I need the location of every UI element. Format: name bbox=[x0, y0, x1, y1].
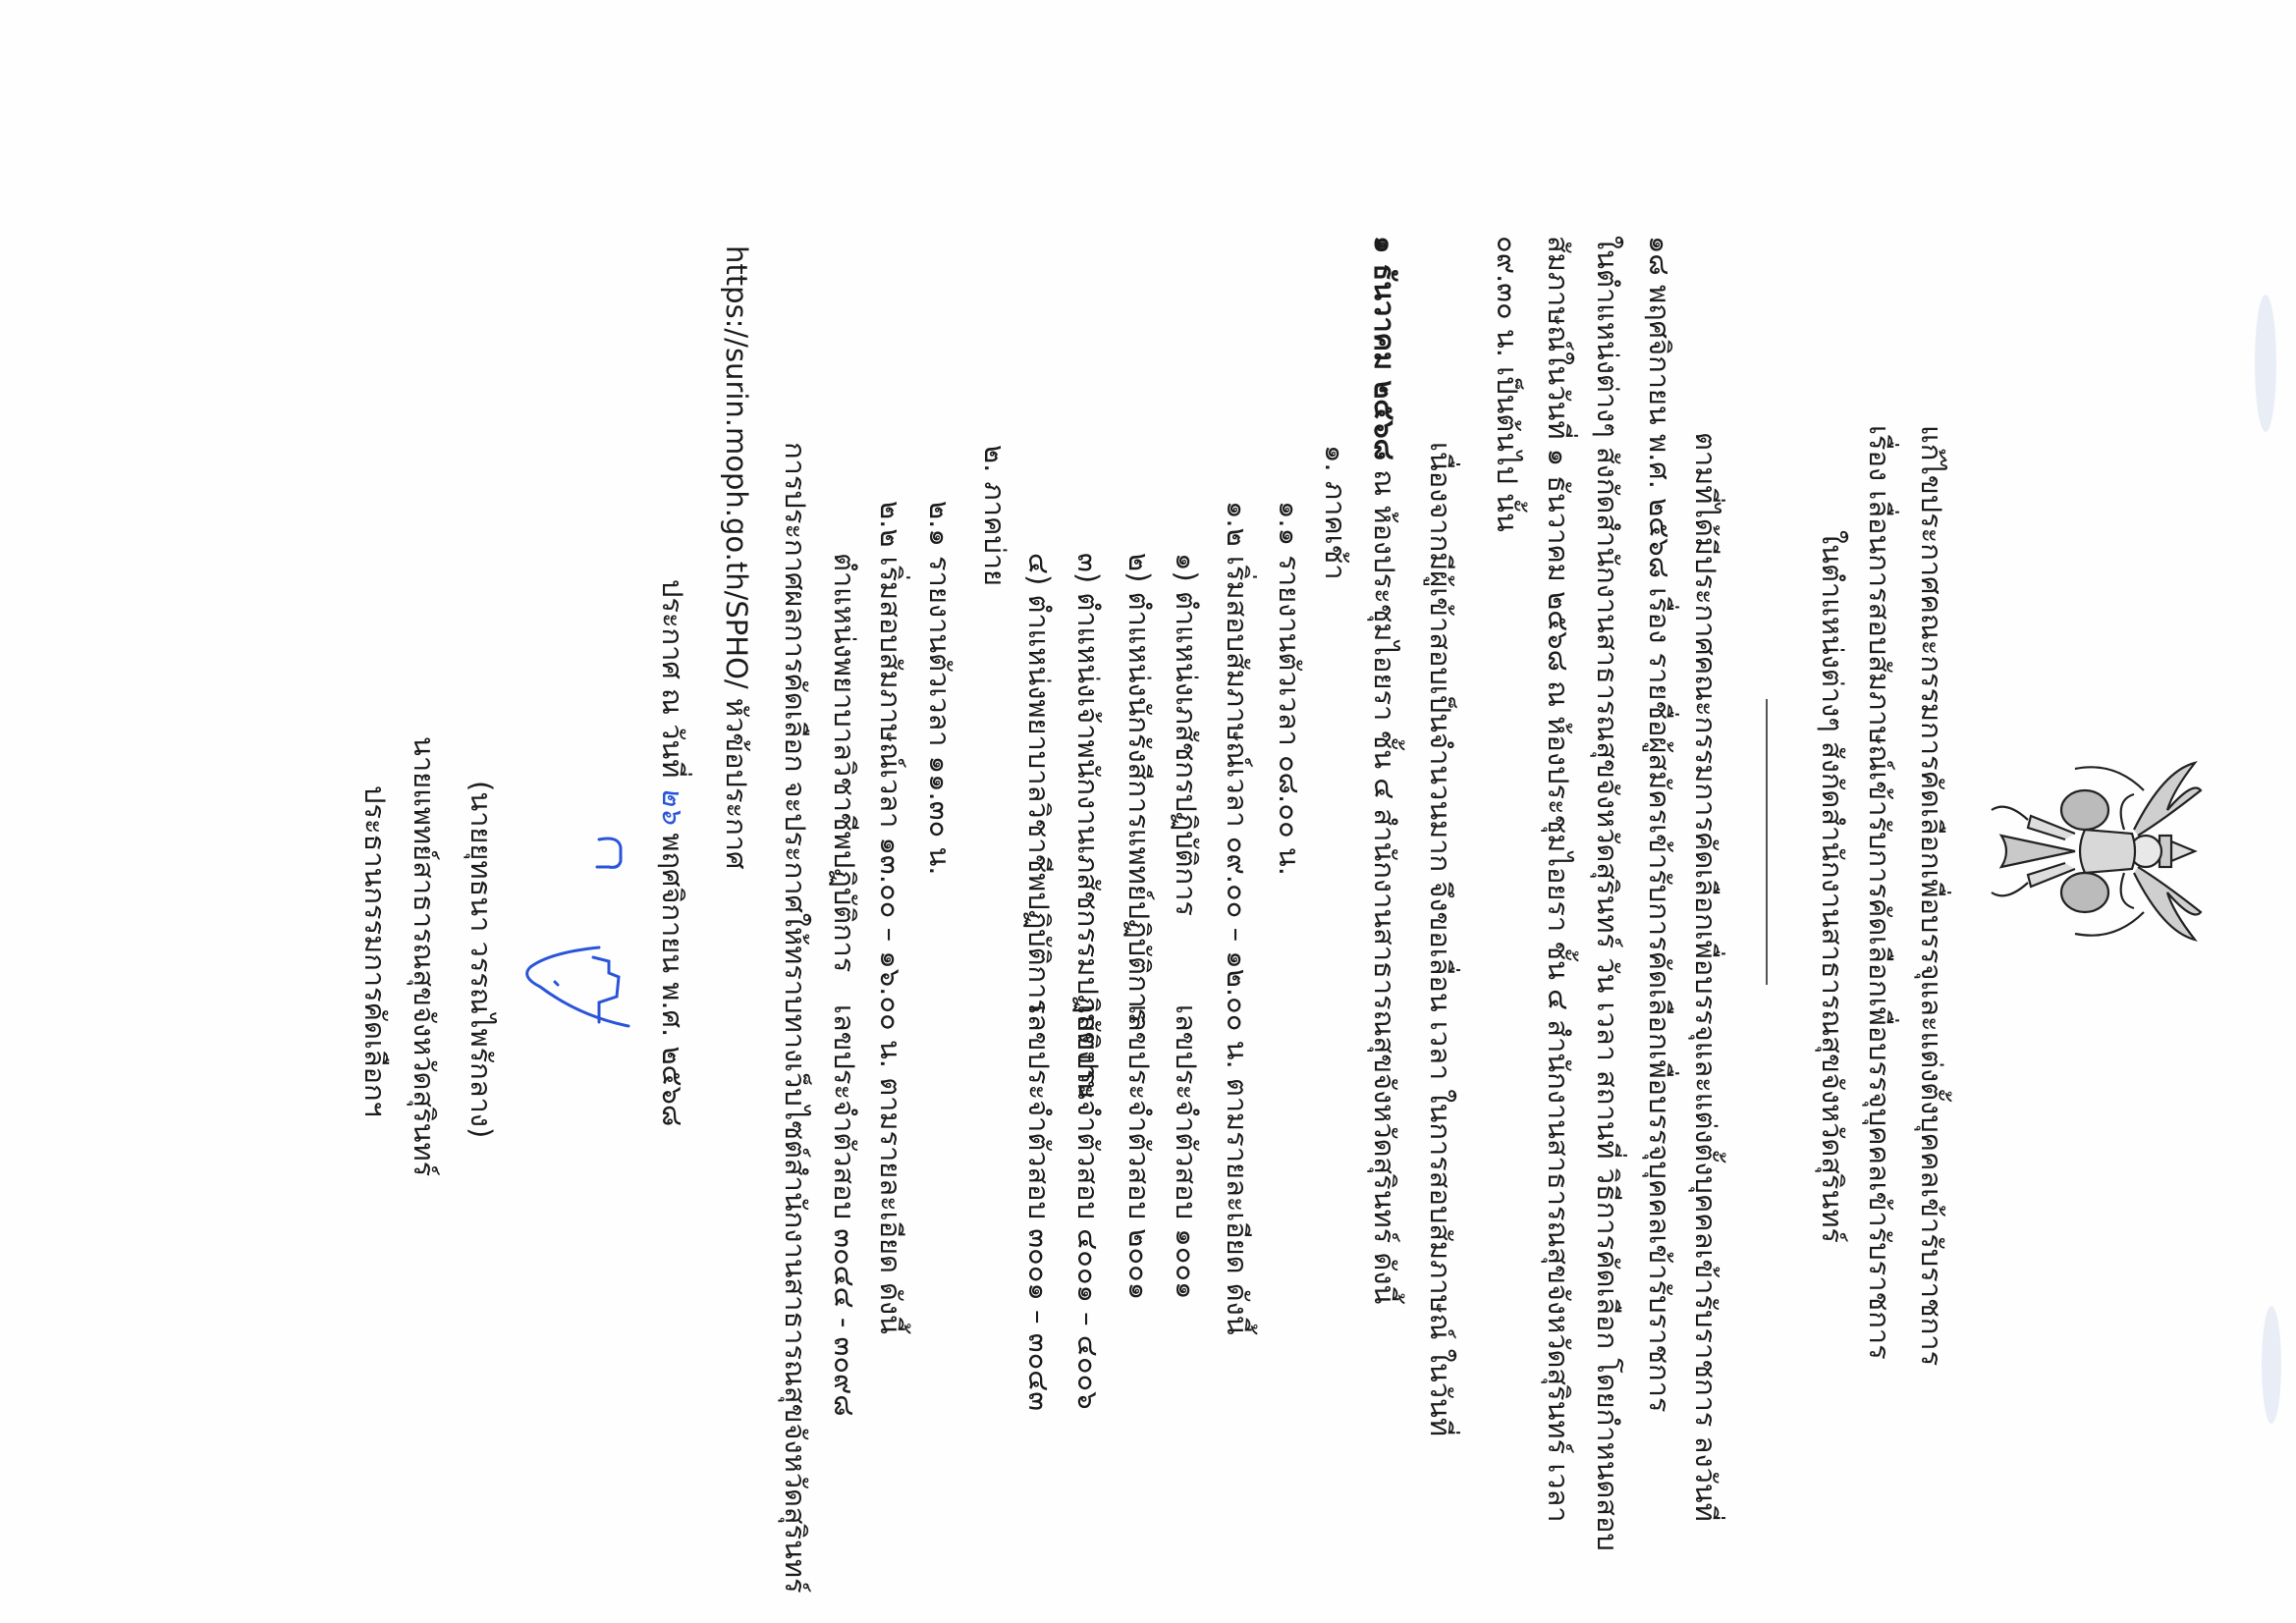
garuda-emblem-icon bbox=[1987, 751, 2203, 952]
morning-heading: ๑. ภาคเช้า bbox=[1319, 445, 1352, 580]
scan-smudge bbox=[2255, 295, 2276, 432]
paragraph1-line: ๑๘ พฤศจิกายน พ.ศ. ๒๕๖๘ เรื่อง รายชื่อผู้… bbox=[1643, 236, 1676, 1412]
announcement-date: ประกาศ ณ วันที่ ๒๖ พฤศจิกายน พ.ศ. ๒๕๖๘ bbox=[656, 579, 689, 1126]
title-line-3: ในตำแหน่งต่างๆ สังกัดสำนักงานสาธารณสุขจั… bbox=[1816, 530, 1849, 1243]
paragraph1-line: ตามที่ได้มีประกาศคณะกรรมการคัดเลือกเพื่อ… bbox=[1689, 432, 1722, 1522]
afternoon-interview-time: ๒.๒ เริ่มสอบสัมภาษณ์เวลา ๑๓.๐๐ – ๑๖.๐๐ น… bbox=[874, 501, 907, 1334]
exam-id-range: เลขประจำตัวสอบ ๔๐๐๑ – ๔๐๐๖ bbox=[1071, 1004, 1105, 1410]
morning-report-time: ๑.๑ รายงานตัวเวลา ๐๘.๐๐ น. bbox=[1273, 501, 1306, 876]
title-divider bbox=[1766, 699, 1768, 985]
title-line-1: แก้ไขประกาศคณะกรรมการคัดเลือกเพื่อบรรจุแ… bbox=[1915, 425, 1948, 1366]
afternoon-heading: ๒. ภาคบ่าย bbox=[978, 445, 1011, 586]
afternoon-report-time: ๒.๑ รายงานตัวเวลา ๑๑.๓๐ น. bbox=[923, 501, 957, 876]
position-label: ตำแหน่งพยาบาลวิชาชีพปฏิบัติการ bbox=[828, 553, 861, 972]
position-label: ๔) ตำแหน่งพยาบาลวิชาชีพปฏิบัติการ bbox=[1022, 553, 1056, 1014]
paragraph2-line: เนื่องจากมีผู้เข้าสอบเป็นจำนวนมาก จึงขอเ… bbox=[1424, 442, 1457, 1436]
announcement-url[interactable]: https://surin.moph.go.th/SPHO/ หัวข้อประ… bbox=[720, 245, 753, 869]
position-label: ๒) ตำแหน่งนักรังสีการแพทย์ปฏิบัติการ bbox=[1122, 553, 1156, 1023]
paragraph2-line: ๑ ธันวาคม ๒๕๖๘ ณ ห้องประชุมไอยรา ชั้น ๔ … bbox=[1368, 236, 1401, 1304]
exam-id-range: เลขประจำตัวสอบ ๑๐๐๑ bbox=[1170, 1004, 1203, 1299]
date-prefix: ประกาศ ณ วันที่ bbox=[656, 579, 689, 778]
signatory-role: ประธานกรรมการคัดเลือกฯ bbox=[358, 785, 392, 1117]
position-label: ๑) ตำแหน่งเภสัชกรปฏิบัติการ bbox=[1170, 553, 1203, 916]
morning-interview-time: ๑.๒ เริ่มสอบสัมภาษณ์เวลา ๐๙.๐๐ – ๑๒.๐๐ น… bbox=[1221, 501, 1254, 1335]
signatory-name: (นายยุทธนา วรรณไพรักลาง) bbox=[465, 781, 498, 1138]
paragraph1-line: ๐๙.๓๐ น. เป็นต้นไป นั้น bbox=[1491, 236, 1524, 532]
interview-date: ๑ ธันวาคม ๒๕๖๘ bbox=[1368, 236, 1401, 460]
exam-id-range: เลขประจำตัวสอบ ๓๐๐๑ – ๓๐๔๓ bbox=[1022, 1004, 1056, 1411]
paragraph1-line: สัมภาษณ์ในวันที่ ๑ ธันวาคม ๒๕๖๘ ณ ห้องปร… bbox=[1542, 236, 1575, 1523]
signatory-position: นายแพทย์สาธารณสุขจังหวัดสุรินทร์ bbox=[408, 736, 441, 1176]
document-page: แก้ไขประกาศคณะกรรมการคัดเลือกเพื่อบรรจุแ… bbox=[0, 0, 2296, 1623]
exam-id-range: เลขประจำตัวสอบ ๒๐๐๑ bbox=[1122, 1004, 1156, 1300]
announcement-text: การประกาศผลการคัดเลือก จะประกาศให้ทราบทา… bbox=[779, 442, 812, 1594]
exam-id-range: เลขประจำตัวสอบ ๓๐๔๔ - ๓๐๙๘ bbox=[828, 1004, 861, 1417]
paragraph1-line: ในตำแหน่งต่างๆ สังกัดสำนักงานสาธารณสุขจั… bbox=[1591, 236, 1624, 1551]
handwritten-day: ๒๖ bbox=[656, 787, 689, 825]
signature-icon bbox=[501, 830, 638, 1036]
title-subject: เรื่อง เลื่อนการสอบสัมภาษณ์เข้ารับการคัด… bbox=[1863, 425, 1896, 1360]
interview-venue: ณ ห้องประชุมไอยรา ชั้น ๔ สำนักงานสาธารณส… bbox=[1368, 469, 1401, 1304]
scan-smudge bbox=[2262, 1306, 2281, 1424]
date-month-year: พฤศจิกายน พ.ศ. ๒๕๖๘ bbox=[656, 833, 689, 1126]
